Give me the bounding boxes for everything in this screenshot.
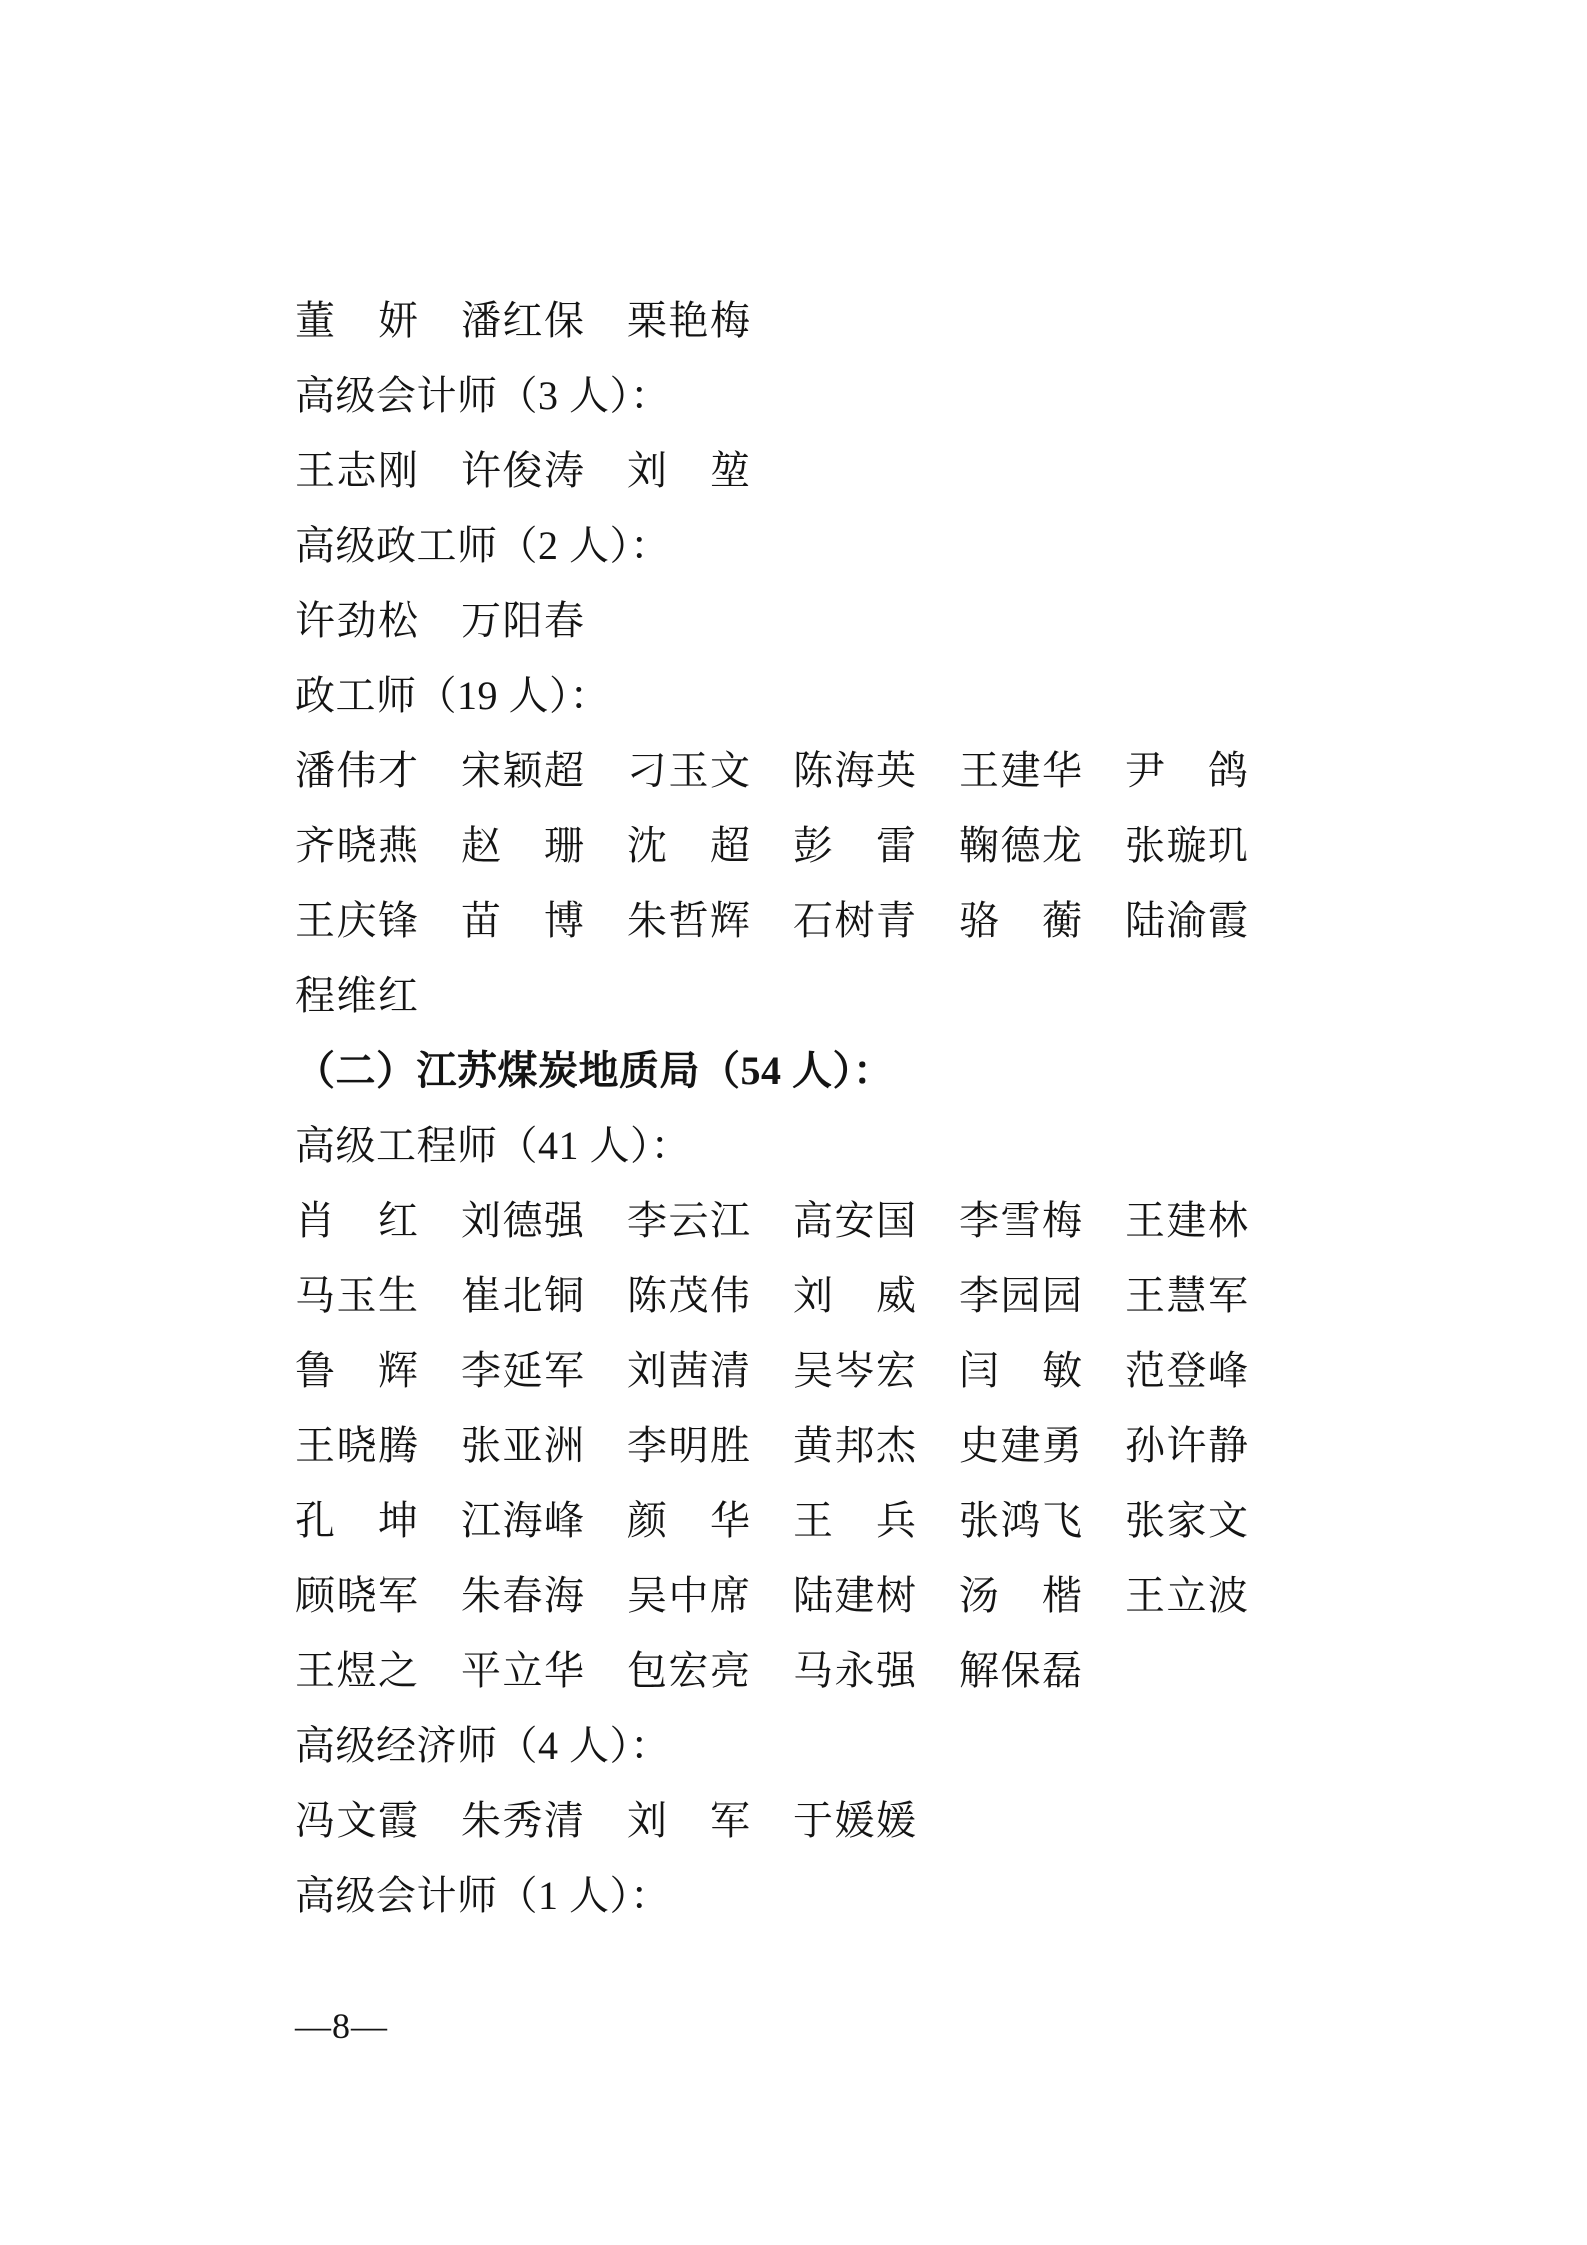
- names-row: 许劲松 万阳春: [295, 583, 1527, 658]
- names-row: 肖 红 刘德强 李云江 高安国 李雪梅 王建林: [295, 1183, 1527, 1258]
- names-row: 王煜之 平立华 包宏亮 马永强 解保磊: [295, 1633, 1527, 1708]
- names-row: 程维红: [295, 958, 1527, 1033]
- job-title-heading: 高级会计师（1 人）：: [295, 1858, 1527, 1933]
- job-title-heading: 政工师（19 人）：: [295, 658, 1527, 733]
- names-row: 马玉生 崔北铜 陈茂伟 刘 威 李园园 王慧军: [295, 1258, 1527, 1333]
- job-title-heading: 高级经济师（4 人）：: [295, 1708, 1527, 1783]
- names-row: 齐晓燕 赵 珊 沈 超 彭 雷 鞠德龙 张璇玑: [295, 808, 1527, 883]
- names-row: 王晓腾 张亚洲 李明胜 黄邦杰 史建勇 孙许静: [295, 1408, 1527, 1483]
- names-row: 孔 坤 江海峰 颜 华 王 兵 张鸿飞 张家文: [295, 1483, 1527, 1558]
- job-title-heading: 高级会计师（3 人）：: [295, 358, 1527, 433]
- page-number: —8—: [295, 2008, 388, 2044]
- section-heading: （二）江苏煤炭地质局（54 人）：: [295, 1033, 1527, 1108]
- job-title-heading: 高级工程师（41 人）：: [295, 1108, 1527, 1183]
- names-row: 鲁 辉 李延军 刘茜清 吴岑宏 闫 敏 范登峰: [295, 1333, 1527, 1408]
- names-row: 顾晓军 朱春海 吴中席 陆建树 汤 楷 王立波: [295, 1558, 1527, 1633]
- document-page: 董 妍 潘红保 栗艳梅 高级会计师（3 人）： 王志刚 许俊涛 刘 堃 高级政工…: [0, 0, 1587, 2245]
- names-row: 冯文霞 朱秀清 刘 军 于媛媛: [295, 1783, 1527, 1858]
- document-body: 董 妍 潘红保 栗艳梅 高级会计师（3 人）： 王志刚 许俊涛 刘 堃 高级政工…: [295, 283, 1527, 1933]
- names-row: 王志刚 许俊涛 刘 堃: [295, 433, 1527, 508]
- names-row: 潘伟才 宋颖超 刁玉文 陈海英 王建华 尹 鸽: [295, 733, 1527, 808]
- names-row: 王庆锋 苗 博 朱哲辉 石树青 骆 蘅 陆渝霞: [295, 883, 1527, 958]
- names-row: 董 妍 潘红保 栗艳梅: [295, 283, 1527, 358]
- job-title-heading: 高级政工师（2 人）：: [295, 508, 1527, 583]
